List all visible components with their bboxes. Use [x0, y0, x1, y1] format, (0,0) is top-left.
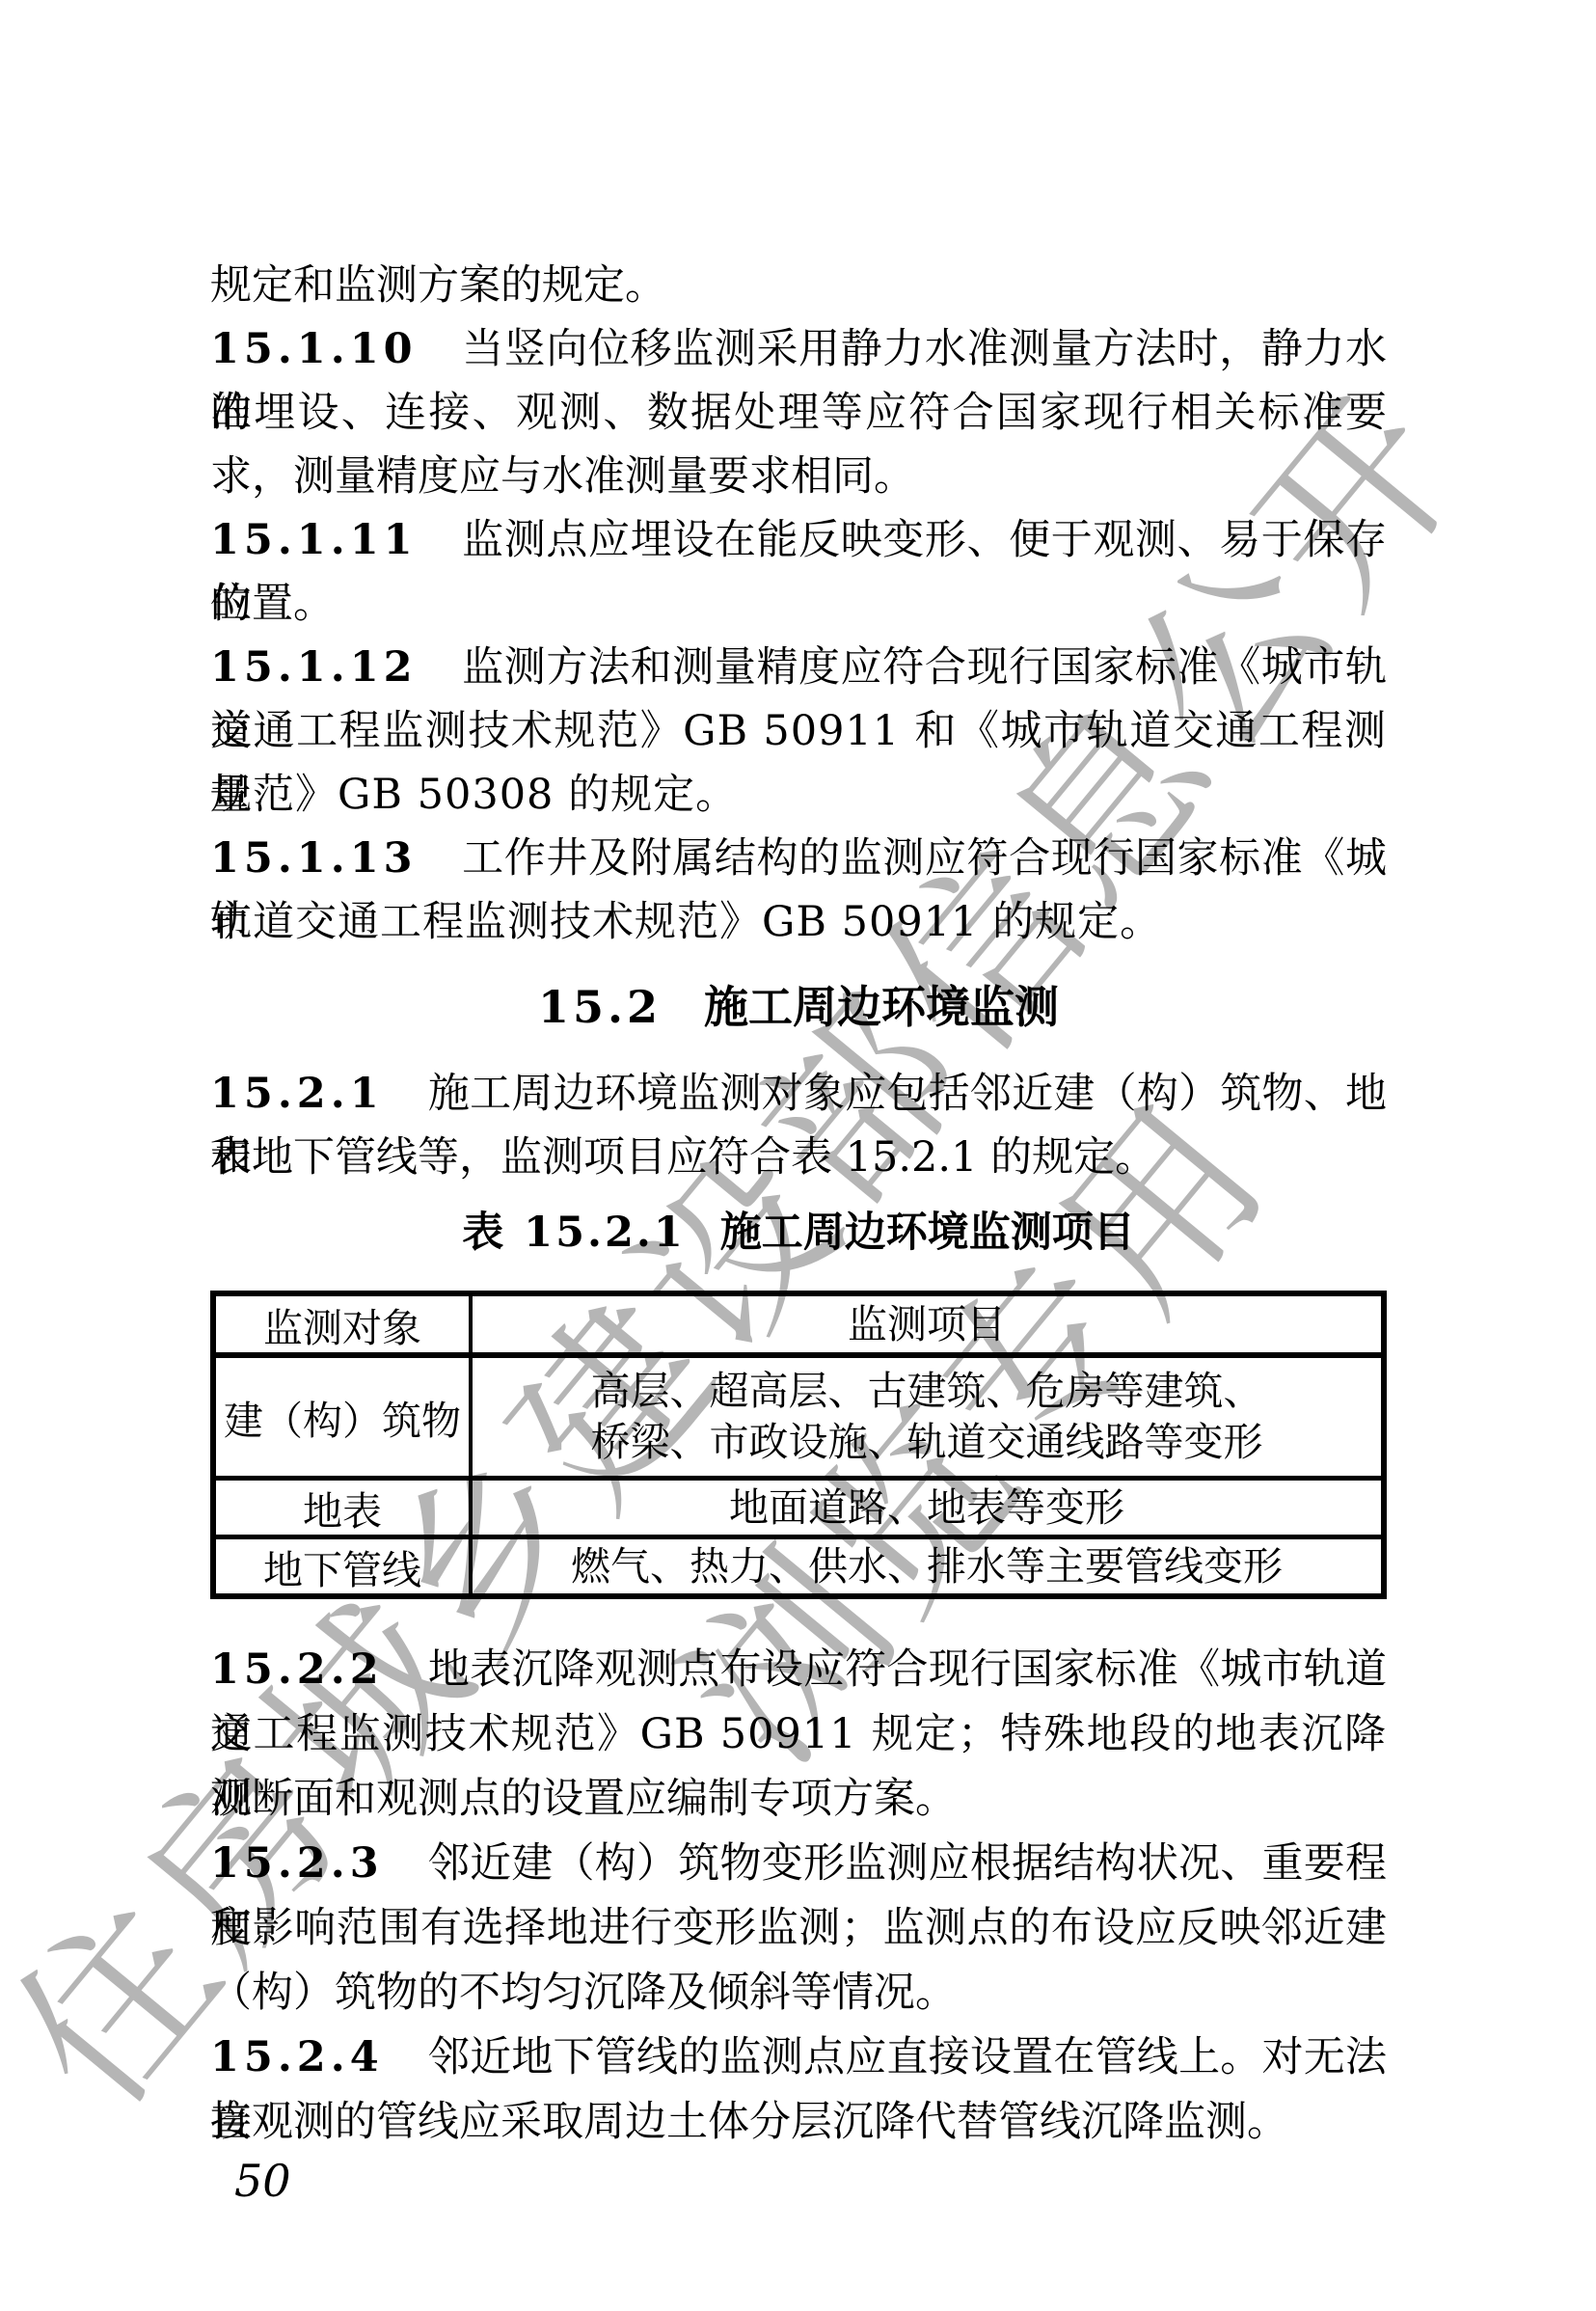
- cell-items-underground-pipelines: 燃气、热力、供水、排水等主要管线变形: [473, 1539, 1381, 1593]
- clause-number: 15.2.1: [210, 1070, 384, 1118]
- clause-number: 15.1.11: [210, 516, 418, 564]
- table-row-ground-surface: 地表 地面道路、地表等变形: [216, 1476, 1381, 1535]
- clause-line: 通工程监测技术规范》GB 50911 规定；特殊地段的地表沉降观: [210, 1702, 1387, 1767]
- clause-number: 15.2.3: [210, 1839, 384, 1888]
- cell-items-line: 地面道路、地表等变形: [729, 1482, 1124, 1534]
- clause-15-2-1: 15.2.1施工周边环境监测对象应包括邻近建（构）筑物、地表 和地下管线等，监测…: [210, 1062, 1387, 1189]
- clause-line: 15.2.3邻近建（构）筑物变形监测应根据结构状况、重要程度: [210, 1832, 1387, 1896]
- cell-items-buildings: 高层、超高层、古建筑、危房等建筑、 桥梁、市政设施、轨道交通线路等变形: [473, 1358, 1381, 1476]
- clause-number: 15.2.2: [210, 1645, 384, 1694]
- monitoring-items-table: 监测对象 监测项目 建（构）筑物 高层、超高层、古建筑、危房等建筑、 桥梁、市政…: [210, 1291, 1387, 1599]
- clause-number: 15.1.13: [210, 834, 418, 883]
- clause-number: 15.2.4: [210, 2033, 384, 2081]
- clause-line: （构）筑物的不均匀沉降及倾斜等情况。: [210, 1961, 1387, 2026]
- clause-number: 15.1.12: [210, 643, 418, 692]
- cell-items-ground-surface: 地面道路、地表等变形: [473, 1481, 1381, 1535]
- clause-line: 接观测的管线应采取周边土体分层沉降代替管线沉降监测。: [210, 2090, 1387, 2155]
- clause-line: 15.1.13工作井及附属结构的监测应符合现行国家标准《城市: [210, 827, 1387, 890]
- clause-line: 15.1.12监测方法和测量精度应符合现行国家标准《城市轨道: [210, 636, 1387, 699]
- clause-15-2-2: 15.2.2地表沉降观测点布设应符合现行国家标准《城市轨道交 通工程监测技术规范…: [210, 1638, 1387, 1832]
- clause-line: 求，测量精度应与水准测量要求相同。: [210, 445, 1387, 508]
- page-number: 50: [234, 2155, 291, 2207]
- clause-number: 15.1.10: [210, 325, 418, 373]
- clauses-after-table: 15.2.2地表沉降观测点布设应符合现行国家标准《城市轨道交 通工程监测技术规范…: [210, 1638, 1387, 2155]
- text-column: 规定和监测方案的规定。 15.1.10当竖向位移监测采用静力水准测量方法时，静力…: [210, 0, 1387, 2155]
- clause-15-2-3: 15.2.3邻近建（构）筑物变形监测应根据结构状况、重要程度 和影响范围有选择地…: [210, 1832, 1387, 2026]
- clause-line: 15.1.10当竖向位移监测采用静力水准测量方法时，静力水准: [210, 317, 1387, 381]
- clause-line: 15.2.4邻近地下管线的监测点应直接设置在管线上。对无法直: [210, 2026, 1387, 2090]
- section-title: 施工周边环境监测: [704, 982, 1059, 1032]
- table-header-row: 监测对象 监测项目: [216, 1296, 1381, 1352]
- section-number: 15.2: [538, 981, 662, 1033]
- clause-15-1-12: 15.1.12监测方法和测量精度应符合现行国家标准《城市轨道 交通工程监测技术规…: [210, 636, 1387, 827]
- clause-line: 和影响范围有选择地进行变形监测；监测点的布设应反映邻近建: [210, 1896, 1387, 1961]
- clause-line: 测断面和观测点的设置应编制专项方案。: [210, 1767, 1387, 1832]
- clause-line: 轨道交通工程监测技术规范》GB 50911 的规定。: [210, 890, 1387, 954]
- document-page: 住房城乡建设部信息公开 浏览专用 规定和监测方案的规定。 15.1.10当竖向位…: [0, 0, 1596, 2311]
- table-caption: 表 15.2.1施工周边环境监测项目: [210, 1204, 1387, 1262]
- cell-items-line: 桥梁、市政设施、轨道交通线路等变形: [591, 1417, 1263, 1468]
- table-row-buildings: 建（构）筑物 高层、超高层、古建筑、危房等建筑、 桥梁、市政设施、轨道交通线路等…: [216, 1352, 1381, 1476]
- clause-line: 规范》GB 50308 的规定。: [210, 763, 1387, 827]
- clause-line: 位置。: [210, 572, 1387, 636]
- clause-15-2-4: 15.2.4邻近地下管线的监测点应直接设置在管线上。对无法直 接观测的管线应采取…: [210, 2026, 1387, 2155]
- header-cell-text: 监测项目: [848, 1299, 1006, 1350]
- clause-line: 交通工程监测技术规范》GB 50911 和《城市轨道交通工程测量: [210, 699, 1387, 763]
- cell-object-buildings: 建（构）筑物: [216, 1358, 473, 1476]
- cell-object-ground-surface: 地表: [216, 1481, 473, 1535]
- cell-items-line: 燃气、热力、供水、排水等主要管线变形: [571, 1541, 1283, 1592]
- paragraph-continuation-line: 规定和监测方案的规定。: [210, 254, 1387, 317]
- clause-15-1-11: 15.1.11监测点应埋设在能反映变形、便于观测、易于保存的 位置。: [210, 508, 1387, 636]
- clause-line: 和地下管线等，监测项目应符合表 15.2.1 的规定。: [210, 1126, 1387, 1189]
- clause-line: 的埋设、连接、观测、数据处理等应符合国家现行相关标准要: [210, 381, 1387, 445]
- header-cell-monitoring-object: 监测对象: [216, 1296, 473, 1352]
- clause-15-1-13: 15.1.13工作井及附属结构的监测应符合现行国家标准《城市 轨道交通工程监测技…: [210, 827, 1387, 954]
- clause-line: 15.1.11监测点应埋设在能反映变形、便于观测、易于保存的: [210, 508, 1387, 572]
- table-row-underground-pipelines: 地下管线 燃气、热力、供水、排水等主要管线变形: [216, 1535, 1381, 1593]
- header-cell-monitoring-items: 监测项目: [473, 1296, 1381, 1352]
- cell-items-line: 高层、超高层、古建筑、危房等建筑、: [591, 1366, 1263, 1417]
- table-caption-number: 表 15.2.1: [462, 1209, 686, 1257]
- section-heading-15-2: 15.2施工周边环境监测: [210, 975, 1387, 1039]
- clause-15-1-10: 15.1.10当竖向位移监测采用静力水准测量方法时，静力水准 的埋设、连接、观测…: [210, 317, 1387, 508]
- clause-line: 15.2.1施工周边环境监测对象应包括邻近建（构）筑物、地表: [210, 1062, 1387, 1126]
- cell-object-underground-pipelines: 地下管线: [216, 1539, 473, 1593]
- table-caption-title: 施工周边环境监测项目: [720, 1210, 1135, 1256]
- clause-line: 15.2.2地表沉降观测点布设应符合现行国家标准《城市轨道交: [210, 1638, 1387, 1702]
